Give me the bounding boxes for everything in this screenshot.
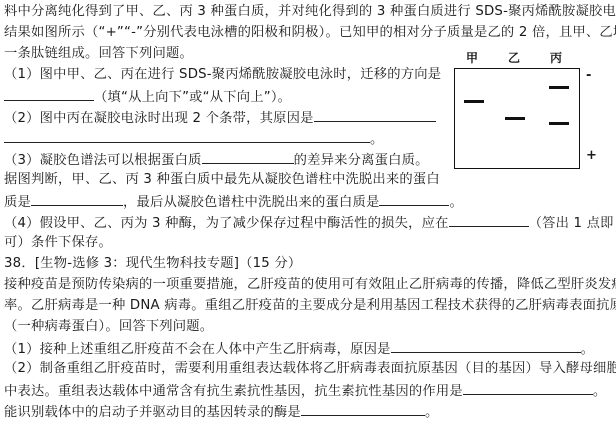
answer-blank[interactable] bbox=[379, 193, 449, 206]
question-38-para-2: 率。乙肝病毒是一种 DNA 病毒。重组乙肝疫苗的主要成分是利用基因工程技术获得的… bbox=[4, 298, 616, 314]
band-jia bbox=[464, 100, 484, 103]
question-38-sub-1: （1）接种上述重组乙肝疫苗不会在人体中产生乙肝病毒，原因是。 bbox=[4, 340, 594, 358]
answer-blank[interactable] bbox=[301, 403, 425, 416]
period: 。 bbox=[581, 342, 595, 357]
lane-label-jia: 甲 bbox=[466, 49, 478, 66]
gel-box bbox=[454, 68, 580, 169]
period: 。 bbox=[370, 132, 384, 147]
sub-2-prompt: 中表达。重组表达载体中通常含有抗生素抗性基因，抗生素抗性基因的作用是 bbox=[4, 384, 463, 399]
question-4-text: （4）假设甲、乙、丙为 3 种酶，为了减少保存过程中酶活性的损失，应在（答出 1… bbox=[4, 214, 614, 232]
positive-pole-label: + bbox=[586, 148, 597, 163]
answer-blank[interactable] bbox=[4, 130, 370, 143]
band-bing-upper bbox=[549, 86, 569, 89]
intro-line-2: 结果如图所示（“+”“-”分别代表电泳槽的阳极和阴极）。已知甲的相对分子质量是乙… bbox=[4, 25, 616, 41]
question-38-title: 38．[生物-选修 3：现代生物科技专题]（15 分） bbox=[4, 256, 301, 272]
question-4-prompt: （4）假设甲、乙、丙为 3 种酶，为了减少保存过程中酶活性的损失，应在 bbox=[4, 216, 449, 231]
period: 。 bbox=[593, 384, 607, 399]
question-1-text: （1）图中甲、乙、丙在进行 SDS-聚丙烯酰胺凝胶电泳时，迁移的方向是 bbox=[4, 67, 441, 83]
question-38-para-1: 接种疫苗是预防传染病的一项重要措施，乙肝疫苗的使用可有效阻止乙肝病毒的传播，降低… bbox=[4, 277, 616, 293]
answer-blank[interactable] bbox=[4, 88, 94, 101]
question-2-prompt: （2）图中丙在凝胶电泳时出现 2 个条带，其原因是 bbox=[4, 111, 314, 126]
answer-blank[interactable] bbox=[314, 109, 436, 122]
question-3-line-3: 质是，最后从凝胶色谱柱中洗脱出来的蛋白质是。 bbox=[4, 193, 463, 211]
question-3-text: （3）凝胶色谱法可以根据蛋白质的差异来分离蛋白质。 bbox=[4, 151, 429, 169]
question-2-text: （2）图中丙在凝胶电泳时出现 2 个条带，其原因是 bbox=[4, 109, 436, 127]
answer-blank[interactable] bbox=[202, 151, 294, 164]
answer-blank[interactable] bbox=[449, 214, 529, 227]
question-3-prompt: （3）凝胶色谱法可以根据蛋白质 bbox=[4, 153, 202, 168]
question-4-line-2: 可）条件下保存。 bbox=[4, 235, 112, 251]
sub-1-prompt: （1）接种上述重组乙肝疫苗不会在人体中产生乙肝病毒，原因是 bbox=[4, 342, 391, 357]
question-1-answer-line: （填“从上向下”或“从下向上”）。 bbox=[4, 88, 291, 106]
question-3-prefix: 质是 bbox=[4, 195, 31, 210]
period: 。 bbox=[449, 195, 463, 210]
sub-2-enzyme-prompt: 能识别载体中的启动子并驱动目的基因转录的酶是 bbox=[4, 405, 301, 420]
question-3-prompt-end: 的差异来分离蛋白质。 bbox=[294, 153, 429, 168]
question-3-mid: ，最后从凝胶色谱柱中洗脱出来的蛋白质是 bbox=[123, 195, 379, 210]
intro-line-1: 料中分离纯化得到了甲、乙、丙 3 种蛋白质，并对纯化得到的 3 种蛋白质进行 S… bbox=[4, 4, 616, 20]
question-1-hint: （填“从上向下”或“从下向上”）。 bbox=[94, 90, 291, 105]
question-4-note: （答出 1 点即 bbox=[529, 216, 614, 231]
band-bing-lower bbox=[549, 122, 569, 125]
band-yi bbox=[505, 117, 525, 120]
question-2-answer-line: 。 bbox=[4, 130, 384, 148]
intro-line-3: 一条肽链组成。回答下列问题。 bbox=[4, 46, 193, 62]
lane-label-yi: 乙 bbox=[508, 49, 520, 66]
period: 。 bbox=[425, 405, 439, 420]
question-38-sub-2-line-2: 中表达。重组表达载体中通常含有抗生素抗性基因，抗生素抗性基因的作用是。 bbox=[4, 382, 606, 400]
negative-pole-label: - bbox=[586, 68, 591, 83]
answer-blank[interactable] bbox=[31, 193, 123, 206]
question-38-para-3: （一种病毒蛋白）。回答下列问题。 bbox=[4, 319, 213, 335]
question-38-sub-2-line-1: （2）制备重组乙肝疫苗时，需要利用重组表达载体将乙肝病毒表面抗原基因（目的基因）… bbox=[4, 361, 616, 377]
answer-blank[interactable] bbox=[463, 382, 593, 395]
question-38-sub-2-line-3: 能识别载体中的启动子并驱动目的基因转录的酶是。 bbox=[4, 403, 438, 421]
lane-label-bing: 丙 bbox=[550, 49, 562, 66]
answer-blank[interactable] bbox=[391, 340, 581, 353]
question-3-line-2: 据图判断，甲、乙、丙 3 种蛋白质中最先从凝胶色谱柱中洗脱出来的蛋白 bbox=[4, 172, 440, 188]
